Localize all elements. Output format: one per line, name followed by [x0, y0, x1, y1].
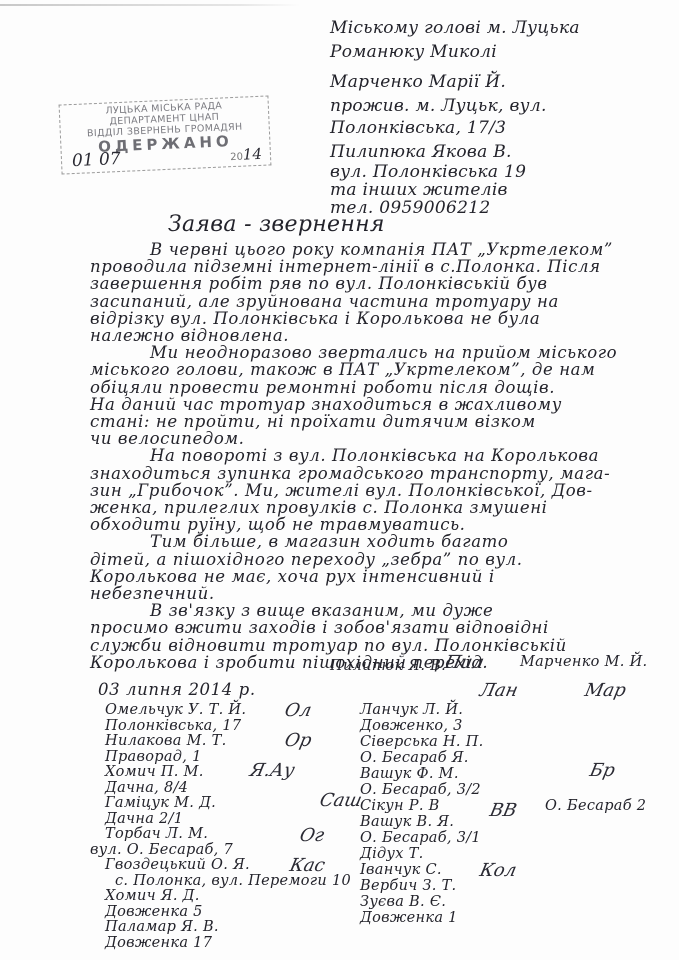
- signature-marchenko: Марченко М. Й.: [520, 654, 647, 670]
- signature-entry-left: вул. О. Бесараб, 7: [90, 842, 233, 858]
- signature-entry-right: О. Бесараб, 3/2: [360, 782, 481, 798]
- body-line: В зв'язку з вище вказаним, ми дуже: [150, 601, 493, 620]
- signature-entry-right: О. Бесараб 2: [545, 798, 646, 814]
- signature-entry-left: Хомич Я. Д.: [105, 888, 200, 904]
- body-line: Тим більше, в магазин ходить багато: [150, 532, 508, 551]
- body-line: стані: не пройти, ні проїхати дитячим ві…: [90, 412, 536, 431]
- signature-entry-left: Дачна 2/1: [105, 811, 183, 827]
- stamp-year: 2014: [230, 145, 263, 164]
- handwritten-signature-mark: Ог: [298, 825, 326, 846]
- sender-line-2: прожив. м. Луцьк, вул.: [330, 96, 547, 116]
- body-line: небезпечний.: [90, 584, 215, 603]
- body-line: просимо вжити заходів і зобов'язати відп…: [90, 618, 549, 637]
- signature-entry-right: О. Бесараб, 3/1: [360, 830, 481, 846]
- signature-entry-right: Зуєва В. Є.: [360, 894, 446, 910]
- body-line: відрізку вул. Полонківська і Королькова …: [90, 309, 540, 328]
- body-line: зин „Грибочок”. Ми, жителі вул. Полонків…: [90, 481, 593, 500]
- body-line: женка, прилеглих провулків с. Полонка зм…: [90, 498, 548, 517]
- body-line: На повороті з вул. Полонківська на Корол…: [150, 446, 599, 465]
- handwritten-signature-mark: Кол: [478, 860, 519, 881]
- body-line: міського голови, також в ПАТ „Укртелеком…: [90, 360, 595, 379]
- signature-entry-left: Гаміцук М. Д.: [105, 795, 216, 811]
- signature-entry-left: Нилакова М. Т.: [105, 733, 227, 749]
- handwritten-signature-mark: Бр: [588, 760, 617, 781]
- body-line: В червні цього року компанія ПАТ „Укртел…: [150, 240, 613, 259]
- body-line: На даний час тротуар знаходиться в жахли…: [90, 395, 562, 414]
- body-line: Ми неодноразово звертались на прийом міс…: [150, 343, 617, 362]
- signature-entry-left: Хомич П. М.: [105, 764, 204, 780]
- handwritten-signature-mark: Кас: [288, 855, 327, 876]
- sender-line-6: та інших жителів: [330, 180, 508, 200]
- body-line: належно відновлена.: [90, 326, 289, 345]
- handwritten-signature-mark: Ор: [283, 730, 314, 751]
- signature-entry-right: О. Бесараб Я.: [360, 750, 469, 766]
- signature-entry-left: Омельчук У. Т. Й.: [105, 702, 246, 718]
- handwritten-signature-mark: Ол: [283, 700, 314, 721]
- signature-entry-right: Довженка 1: [360, 910, 458, 926]
- signature-entry-left: Довженка 17: [105, 935, 212, 951]
- sender-line-1: Марченко Марії Й.: [330, 72, 506, 92]
- signature-entry-right: Вашук В. Я.: [360, 814, 454, 830]
- signature-entry-right: Довженко, 3: [360, 718, 463, 734]
- signature-entry-left: Полонківська, 17: [105, 718, 241, 734]
- sender-line-3: Полонківська, 17/3: [330, 118, 506, 138]
- signature-entry-right: Ланчук Л. Й.: [360, 702, 463, 718]
- signature-entry-right: Дідух Т.: [360, 846, 424, 862]
- sender-line-4: Пилипюка Якова В.: [330, 142, 512, 162]
- stamp-year-handwritten: 14: [242, 145, 262, 164]
- body-line: обіцяли провести ремонтні роботи після д…: [90, 378, 555, 397]
- signature-entry-right: Вашук Ф. М.: [360, 766, 459, 782]
- handwritten-signature-mark: ВВ: [488, 800, 519, 821]
- body-line: проводила підземні інтернет-лінії в с.По…: [90, 257, 601, 276]
- handwritten-signature-mark: Я.Ау: [248, 760, 297, 781]
- handwritten-signature-mark: Пил: [443, 652, 486, 673]
- signature-entry-left: Праворад, 1: [105, 749, 202, 765]
- handwritten-signature-mark: Лан: [478, 680, 520, 701]
- body-line: служби відновити тротуар по вул. Полонкі…: [90, 636, 567, 655]
- scanned-document-page: ЛУЦЬКА МІСЬКА РАДА ДЕПАРТАМЕНТ ЦНАП ВІДД…: [0, 0, 679, 960]
- handwritten-signature-mark: Саш: [318, 790, 364, 811]
- body-line: засипаний, але зруйнована частина тротуа…: [90, 292, 559, 311]
- stamp-year-prefix: 20: [230, 152, 243, 164]
- body-line: дітей, а пішохідного переходу „зебра” по…: [90, 550, 523, 569]
- body-line: знаходиться зупинка громадського транспо…: [90, 464, 610, 483]
- registration-stamp: ЛУЦЬКА МІСЬКА РАДА ДЕПАРТАМЕНТ ЦНАП ВІДД…: [59, 95, 272, 174]
- signature-pylypiuk: Пилипюк Я. В.: [330, 658, 446, 674]
- scan-edge-artifact: [0, 4, 300, 6]
- signature-entry-right: Сіверська Н. П.: [360, 734, 484, 750]
- signature-entry-right: Вербич З. Т.: [360, 878, 456, 894]
- body-line: чи велосипедом.: [90, 429, 245, 448]
- sender-line-5: вул. Полонківська 19: [330, 162, 526, 182]
- signature-entry-left: Гвоздецький О. Я.: [105, 857, 250, 873]
- addressee-line-2: Романюку Миколі: [330, 42, 497, 62]
- signature-entry-right: Сікун Р. В: [360, 798, 440, 814]
- document-title: Заява - звернення: [168, 212, 385, 237]
- signature-entry-left: Паламар Я. В.: [105, 919, 219, 935]
- handwritten-signature-mark: Мар: [583, 680, 628, 701]
- body-line: завершення робіт ряв по вул. Полонківськ…: [90, 274, 548, 293]
- addressee-line-1: Міському голові м. Луцька: [330, 18, 580, 38]
- body-line: Королькова не має, хоча рух інтенсивний …: [90, 567, 495, 586]
- signature-entry-left: Дачна, 8/4: [105, 780, 188, 796]
- signature-entry-left: Торбач Л. М.: [105, 826, 208, 842]
- signature-entry-left: Довженка 5: [105, 904, 203, 920]
- body-line: обходити руїну, щоб не травмуватись.: [90, 515, 466, 534]
- signature-entry-right: Іванчук С.: [360, 862, 442, 878]
- stamp-date-handwritten: 01 07: [72, 149, 121, 171]
- petition-date: 03 липня 2014 р.: [98, 680, 256, 699]
